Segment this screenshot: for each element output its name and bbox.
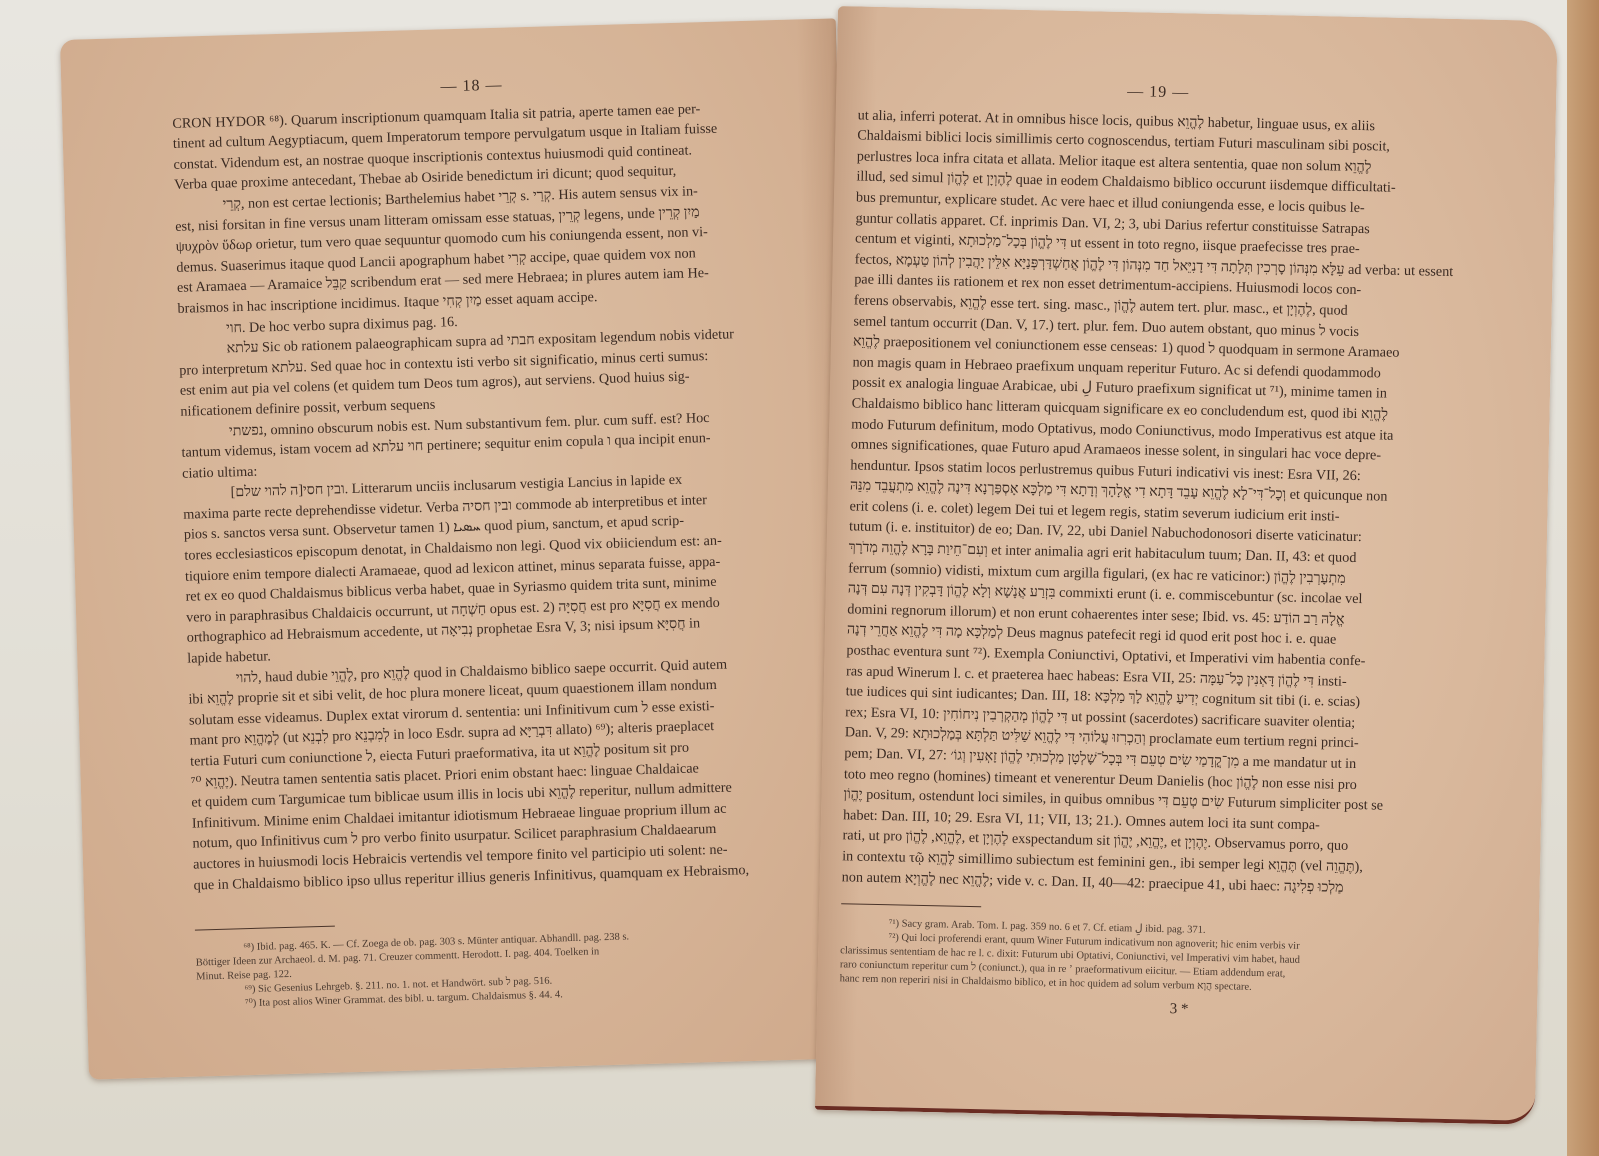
right-page-text: — 19 — ut alia, inferri poterat. At in o… xyxy=(839,76,1458,1025)
footnote-divider xyxy=(841,903,981,907)
left-page-text: — 18 — CRON HYDOR ⁶⁸). Quarum inscriptio… xyxy=(171,68,797,1013)
book-page-right: — 19 — ut alia, inferri poterat. At in o… xyxy=(815,6,1558,1125)
footnotes: ⁷¹) Sacy gram. Arab. Tom. I. pag. 359 no… xyxy=(839,916,1440,999)
footnotes: ⁶⁸) Ibid. pag. 465. K. — Cf. Zoega de ob… xyxy=(195,926,797,1013)
continued-paragraph: CRON HYDOR ⁶⁸). Quarum inscriptionum qua… xyxy=(172,97,778,320)
background-object-edge xyxy=(1567,0,1599,1156)
paragraph: להוי, haud dubie לֶהֱוֵי, pro לֶהֱוֵא qu… xyxy=(188,653,794,896)
paragraph: [ובין חסי[ה להוי שלם. Litterarum unciis … xyxy=(182,467,787,669)
signature-mark: 3 * xyxy=(839,992,1439,1025)
book-page-left: — 18 — CRON HYDOR ⁶⁸). Quarum inscriptio… xyxy=(60,18,865,1079)
footnote-divider xyxy=(195,926,335,931)
paragraph: ut alia, inferri poterat. At in omnibus … xyxy=(842,105,1458,900)
page-number: — 19 — xyxy=(858,76,1458,109)
